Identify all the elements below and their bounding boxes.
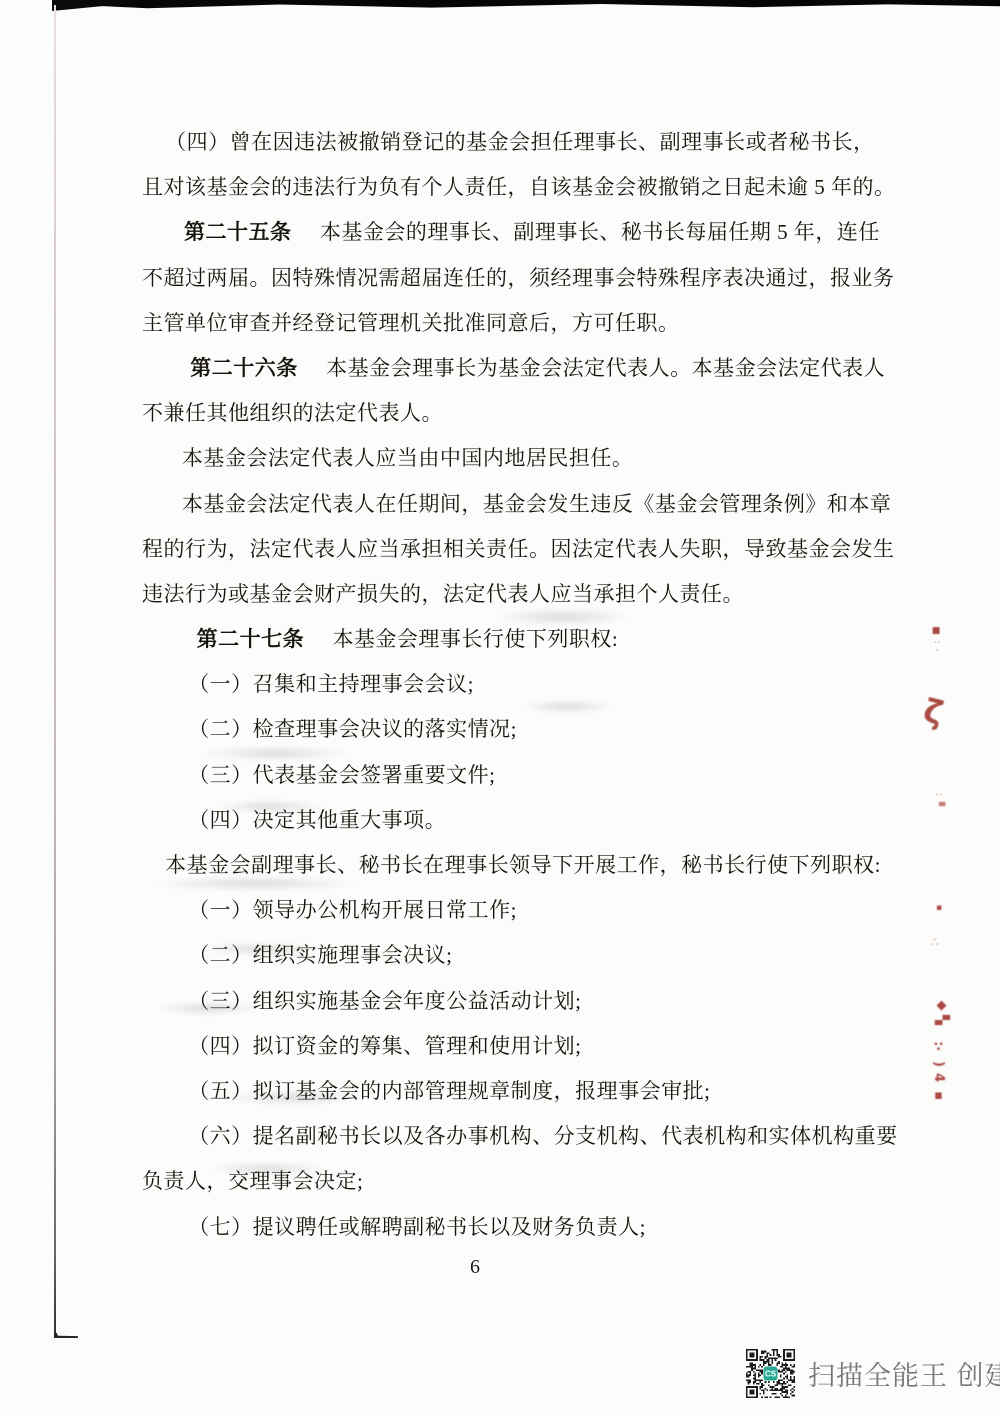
text-line: 第二十六条本基金会理事长为基金会法定代表人。本基金会法定代表人 [142,346,920,391]
scanner-watermark: CS 扫描全能王 创建 [746,1349,1000,1398]
text-line: （四）拟订资金的筹集、管理和使用计划; [142,1024,920,1069]
page-bottom-left-corner [54,1333,78,1338]
text-line: 第二十五条本基金会的理事长、副理事长、秘书长每届任期 5 年，连任 [142,210,920,255]
text-line: 违法行为或基金会财产损失的，法定代表人应当承担个人责任。 [142,572,920,617]
article-number: 第二十六条 [190,356,298,380]
text-line: 且对该基金会的违法行为负有个人责任，自该基金会被撤销之日起未逾 5 年的。 [142,165,920,210]
text-line: （一）召集和主持理事会会议; [142,662,920,707]
text-line: 程的行为，法定代表人应当承担相关责任。因法定代表人失职，导致基金会发生 [142,527,920,572]
ink-bleed-mark: ■∶· [931,626,940,656]
ink-bleed-mark: ∶▘ [933,793,944,816]
text-line: （二）检查理事会决议的落实情况; [142,707,920,752]
text-line: （五）拟订基金会的内部管理规章制度，报理事会审批; [142,1069,920,1114]
text-line: 不兼任其他组织的法定代表人。 [142,391,920,436]
article-number: 第二十五条 [184,220,292,244]
qr-center-badge: CS [765,1370,777,1379]
ink-bleed-mark: ▪ [936,904,942,913]
text-line: 本基金会副理事长、秘书长在理事长领导下开展工作，秘书长行使下列职权: [142,843,920,888]
ink-bleed-mark: ◆▚ [935,998,948,1027]
text-line: （六）提名副秘书长以及各办事机构、分支机构、代表机构和实体机构重要 [142,1114,920,1159]
text-line: （三）组织实施基金会年度公益活动计划; [142,979,920,1024]
qr-code-icon: CS [746,1349,795,1398]
text-line: 负责人，交理事会决定; [142,1159,920,1204]
page-number: 6 [470,1256,480,1279]
text-line: （四）曾在因违法被撤销登记的基金会担任理事长、副理事长或者秘书长， [142,120,920,165]
text-line: 第二十七条本基金会理事长行使下列职权: [142,617,920,662]
article-number: 第二十七条 [197,627,305,651]
text-line: （二）组织实施理事会决议; [142,933,920,978]
scan-top-edge [52,0,1000,9]
document-body: （四）曾在因违法被撤销登记的基金会担任理事长、副理事长或者秘书长，且对该基金会的… [142,120,920,1250]
ink-bleed-mark: ζ [920,694,946,730]
text-line: 本基金会法定代表人应当由中国内地居民担任。 [142,436,920,481]
text-line: （四）决定其他重大事项。 [142,798,920,843]
ink-bleed-mark: ∴ [931,936,939,948]
text-line: （一）领导办公机构开展日常工作; [142,888,920,933]
text-line: （三）代表基金会签署重要文件; [142,753,920,798]
watermark-label: 扫描全能王 创建 [808,1354,1000,1393]
ink-bleed-mark: ∵)4▪ [932,1040,945,1109]
text-line: 不超过两届。因特殊情况需超届连任的，须经理事会特殊程序表决通过，报业务 [142,256,920,301]
page-left-edge [54,5,56,1335]
text-line: （七）提议聘任或解聘副秘书长以及财务负责人; [142,1205,920,1250]
text-line: 主管单位审查并经登记管理机关批准同意后，方可任职。 [142,301,920,346]
text-line: 本基金会法定代表人在任期间，基金会发生违反《基金会管理条例》和本章 [142,482,920,527]
